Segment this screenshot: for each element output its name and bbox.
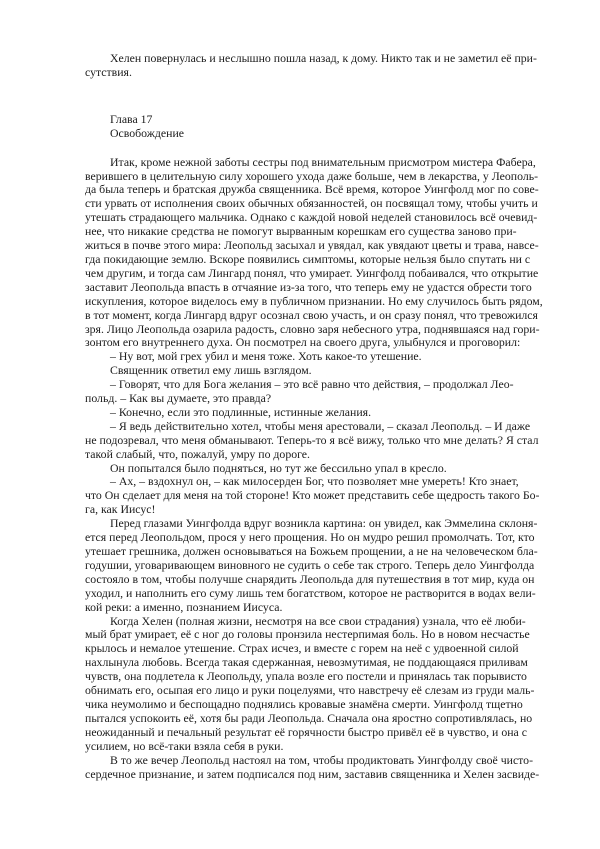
body-paragraph: Он попытался было подняться, но тут же б… <box>85 462 560 476</box>
chapter-heading: Глава 17 Освобождение <box>85 113 560 141</box>
body-paragraph: Перед глазами Уингфолда вдруг возникла к… <box>85 517 560 614</box>
body-paragraph: – Ну вот, мой грех убил и меня тоже. Хот… <box>85 350 560 364</box>
body-paragraph: – Я ведь действительно хотел, чтобы меня… <box>85 420 560 462</box>
body-paragraph: В то же вечер Леопольд настоял на том, ч… <box>85 754 560 782</box>
body-paragraph: Итак, кроме нежной заботы сестры под вни… <box>85 156 560 351</box>
body-paragraph: – Конечно, если это подлинные, истинные … <box>85 406 560 420</box>
pre-chapter-paragraph: Хелен повернулась и неслышно пошла назад… <box>85 52 560 80</box>
chapter-title: Освобождение <box>85 127 560 141</box>
body-paragraph: Священник ответил ему лишь взглядом. <box>85 364 560 378</box>
document-page: Хелен повернулась и неслышно пошла назад… <box>0 0 600 849</box>
body-paragraph: – Ах, – вздохнул он, – как милосерден Бо… <box>85 475 560 517</box>
body-paragraph: Когда Хелен (полная жизни, несмотря на в… <box>85 615 560 754</box>
chapter-number: Глава 17 <box>85 113 560 127</box>
chapter-body: Итак, кроме нежной заботы сестры под вни… <box>85 156 560 782</box>
body-paragraph: – Говорят, что для Бога желания – это вс… <box>85 378 560 406</box>
